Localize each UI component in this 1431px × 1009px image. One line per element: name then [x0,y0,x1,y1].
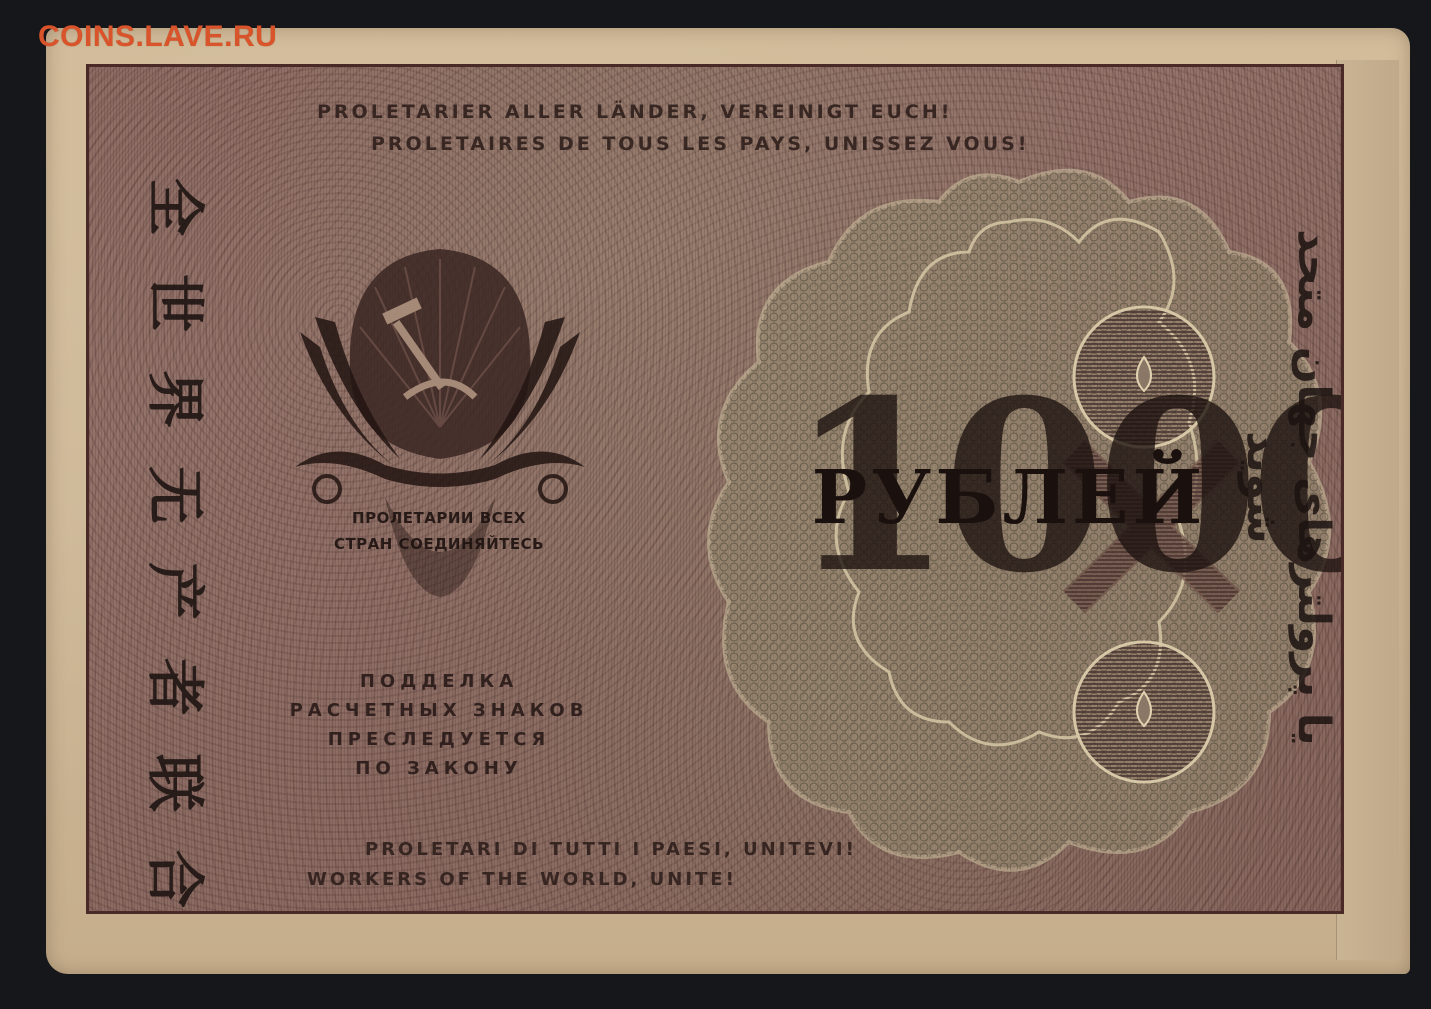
chinese-character: 合 [127,839,223,914]
banknote-printed-field: PROLETARIER ALLER LÄNDER, VEREINIGT EUCH… [86,64,1344,914]
chinese-character: 全 [127,167,223,247]
emblem-motto: ПРОЛЕТАРИИ ВСЕХ СТРАН СОЕДИНЯЙТЕСЬ [329,505,549,557]
currency-label: РУБЛЕЙ [779,455,1239,541]
site-watermark: COINS.LAVE.RU [38,20,277,54]
chinese-slogan: 全世界无产者联合 [135,159,215,914]
chinese-character: 者 [127,647,223,727]
chinese-character: 产 [127,551,223,631]
chinese-character: 界 [127,359,223,439]
warning-line: ПО ЗАКОНУ [229,754,649,783]
warning-line: ПРЕСЛЕДУЕТСЯ [229,725,649,754]
slogan-english: WORKERS OF THE WORLD, UNITE! [307,869,737,890]
slogan-german: PROLETARIER ALLER LÄNDER, VEREINIGT EUCH… [317,101,952,123]
counterfeit-warning: ПОДДЕЛКА РАСЧЕТНЫХ ЗНАКОВ ПРЕСЛЕДУЕТСЯ П… [229,667,649,783]
emblem-motto-line: ПРОЛЕТАРИИ ВСЕХ [329,505,549,531]
chinese-character: 联 [127,743,223,823]
chinese-character: 世 [127,263,223,343]
emblem-motto-line: СТРАН СОЕДИНЯЙТЕСЬ [329,531,549,557]
slogan-italian: PROLETARI DI TUTTI I PAESI, UNITEVI! [365,839,857,860]
chinese-character: 无 [127,455,223,535]
arabic-slogan: یا پرولترهای جهان متحد شوید [1269,177,1339,797]
warning-line: ПОДДЕЛКА [229,667,649,696]
warning-line: РАСЧЕТНЫХ ЗНАКОВ [229,696,649,725]
paper-edge-strip [1336,60,1399,960]
